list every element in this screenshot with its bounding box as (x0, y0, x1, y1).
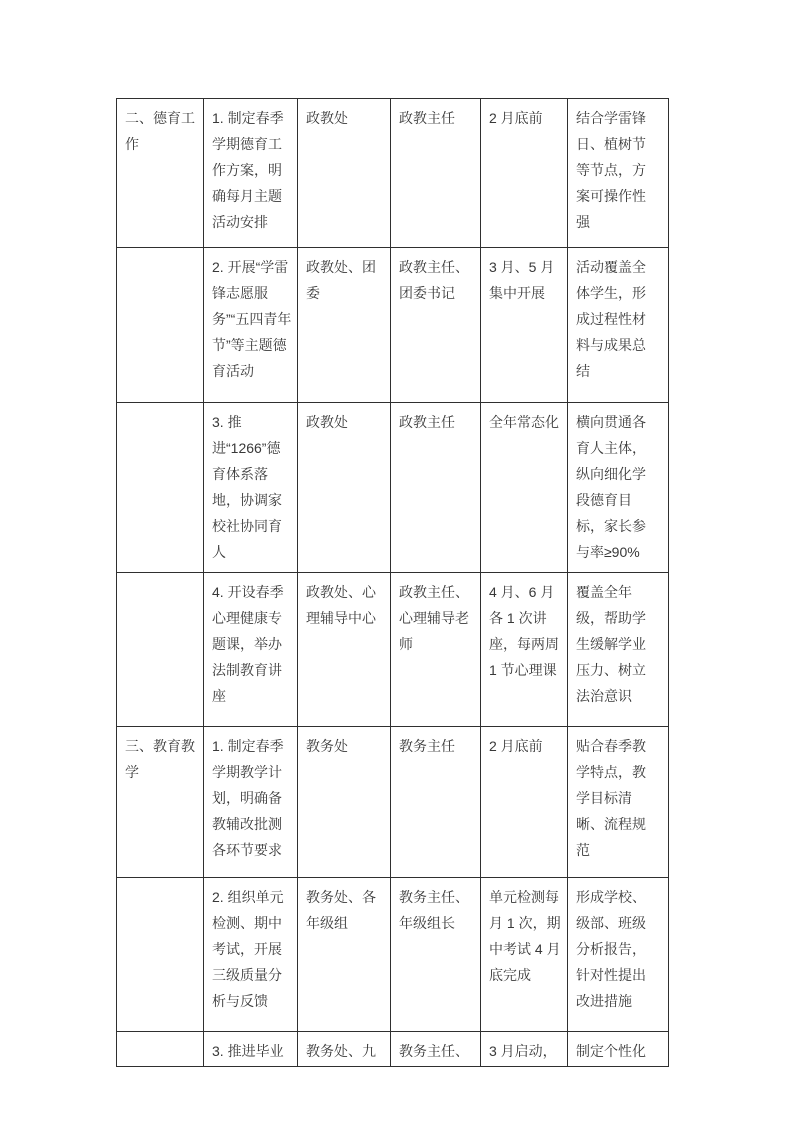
cell-owner: 政教主任 (391, 99, 481, 248)
cell-owner: 政教主任 (391, 403, 481, 573)
cell-task: 1. 制定春季学期教学计划，明确备教辅改批测各环节要求 (204, 727, 298, 878)
outcome-text: 形成学校、级部、班级分析报告，针对性提出改进措施 (576, 884, 656, 1014)
cell-owner: 教务主任、年级组长 (391, 878, 481, 1032)
cell-department: 政教处 (298, 403, 391, 573)
cell-department: 政教处 (298, 99, 391, 248)
outcome-text: 覆盖全年级，帮助学生缓解学业压力、树立法治意识 (576, 579, 656, 709)
task-text: 3. 推进“1266”德育体系落地，协调家校社协同育人 (212, 409, 292, 565)
cell-department: 政教处、心理辅导中心 (298, 573, 391, 727)
cell-schedule: 3 月启动， (481, 1032, 568, 1067)
cell-schedule: 2 月底前 (481, 99, 568, 248)
owner-text: 政教主任 (399, 409, 475, 435)
schedule-text: 2 月底前 (489, 105, 562, 131)
cell-outcome: 形成学校、级部、班级分析报告，针对性提出改进措施 (568, 878, 669, 1032)
cell-owner: 政教主任、团委书记 (391, 248, 481, 403)
department-text: 政教处 (306, 105, 385, 131)
document-page: 二、德育工作 1. 制定春季学期德育工作方案，明确每月主题活动安排 政教处 政教… (0, 0, 793, 1122)
cell-outcome: 贴合春季教学特点，教学目标清晰、流程规范 (568, 727, 669, 878)
cell-schedule: 4 月、6 月各 1 次讲座，每两周 1 节心理课 (481, 573, 568, 727)
cell-category: 二、德育工作 (117, 99, 204, 248)
category-text: 二、德育工作 (125, 105, 198, 157)
cell-task: 4. 开设春季心理健康专题课，举办法制教育讲座 (204, 573, 298, 727)
cell-category (117, 878, 204, 1032)
outcome-text: 制定个性化 (576, 1038, 656, 1064)
cell-owner: 教务主任 (391, 727, 481, 878)
owner-text: 教务主任、年级组长 (399, 884, 475, 936)
cell-category: 三、教育教学 (117, 727, 204, 878)
cell-task: 2. 开展“学雷锋志愿服务”“五四青年节”等主题德育活动 (204, 248, 298, 403)
cell-category (117, 1032, 204, 1067)
cell-outcome: 制定个性化 (568, 1032, 669, 1067)
cell-owner: 教务主任、 (391, 1032, 481, 1067)
table-row: 二、德育工作 1. 制定春季学期德育工作方案，明确每月主题活动安排 政教处 政教… (117, 99, 669, 248)
cell-outcome: 结合学雷锋日、植树节等节点，方案可操作性强 (568, 99, 669, 248)
task-text: 4. 开设春季心理健康专题课，举办法制教育讲座 (212, 579, 292, 709)
department-text: 教务处 (306, 733, 385, 759)
outcome-text: 结合学雷锋日、植树节等节点，方案可操作性强 (576, 105, 656, 235)
schedule-text: 3 月、5 月集中开展 (489, 254, 562, 306)
table-row: 2. 开展“学雷锋志愿服务”“五四青年节”等主题德育活动 政教处、团委 政教主任… (117, 248, 669, 403)
cell-owner: 政教主任、心理辅导老师 (391, 573, 481, 727)
cell-category (117, 573, 204, 727)
cell-schedule: 3 月、5 月集中开展 (481, 248, 568, 403)
cell-outcome: 覆盖全年级，帮助学生缓解学业压力、树立法治意识 (568, 573, 669, 727)
cell-task: 3. 推进“1266”德育体系落地，协调家校社协同育人 (204, 403, 298, 573)
cell-department: 教务处 (298, 727, 391, 878)
cell-department: 教务处、各年级组 (298, 878, 391, 1032)
category-text: 三、教育教学 (125, 733, 198, 785)
table-row: 2. 组织单元检测、期中考试，开展三级质量分析与反馈 教务处、各年级组 教务主任… (117, 878, 669, 1032)
task-text: 3. 推进毕业 (212, 1038, 292, 1064)
owner-text: 政教主任、团委书记 (399, 254, 475, 306)
task-text: 1. 制定春季学期德育工作方案，明确每月主题活动安排 (212, 105, 292, 235)
outcome-text: 活动覆盖全体学生，形成过程性材料与成果总结 (576, 254, 656, 384)
department-text: 政教处 (306, 409, 385, 435)
cell-outcome: 活动覆盖全体学生，形成过程性材料与成果总结 (568, 248, 669, 403)
owner-text: 政教主任、心理辅导老师 (399, 579, 475, 657)
schedule-text: 单元检测每月 1 次，期中考试 4 月底完成 (489, 884, 562, 988)
work-plan-table: 二、德育工作 1. 制定春季学期德育工作方案，明确每月主题活动安排 政教处 政教… (116, 98, 669, 1067)
owner-text: 政教主任 (399, 105, 475, 131)
cell-schedule: 2 月底前 (481, 727, 568, 878)
schedule-text: 全年常态化 (489, 409, 562, 435)
department-text: 政教处、团委 (306, 254, 385, 306)
owner-text: 教务主任、 (399, 1038, 475, 1064)
cell-task: 3. 推进毕业 (204, 1032, 298, 1067)
schedule-text: 4 月、6 月各 1 次讲座，每两周 1 节心理课 (489, 579, 562, 683)
task-text: 2. 组织单元检测、期中考试，开展三级质量分析与反馈 (212, 884, 292, 1014)
cell-department: 教务处、九 (298, 1032, 391, 1067)
cell-category (117, 403, 204, 573)
cell-schedule: 全年常态化 (481, 403, 568, 573)
cell-schedule: 单元检测每月 1 次，期中考试 4 月底完成 (481, 878, 568, 1032)
table-row: 3. 推进“1266”德育体系落地，协调家校社协同育人 政教处 政教主任 全年常… (117, 403, 669, 573)
outcome-text: 贴合春季教学特点，教学目标清晰、流程规范 (576, 733, 656, 863)
task-text: 1. 制定春季学期教学计划，明确备教辅改批测各环节要求 (212, 733, 292, 863)
category-text (125, 1038, 198, 1064)
department-text: 政教处、心理辅导中心 (306, 579, 385, 631)
table-row: 三、教育教学 1. 制定春季学期教学计划，明确备教辅改批测各环节要求 教务处 教… (117, 727, 669, 878)
cell-outcome: 横向贯通各育人主体，纵向细化学段德育目标，家长参与率≥90% (568, 403, 669, 573)
department-text: 教务处、九 (306, 1038, 385, 1064)
owner-text: 教务主任 (399, 733, 475, 759)
cell-department: 政教处、团委 (298, 248, 391, 403)
table-row-pagebreak: 3. 推进毕业 教务处、九 教务主任、 3 月启动， 制定个性化 (117, 1032, 669, 1067)
schedule-text: 3 月启动， (489, 1038, 562, 1064)
table-row: 4. 开设春季心理健康专题课，举办法制教育讲座 政教处、心理辅导中心 政教主任、… (117, 573, 669, 727)
cell-task: 2. 组织单元检测、期中考试，开展三级质量分析与反馈 (204, 878, 298, 1032)
department-text: 教务处、各年级组 (306, 884, 385, 936)
cell-category (117, 248, 204, 403)
schedule-text: 2 月底前 (489, 733, 562, 759)
cell-task: 1. 制定春季学期德育工作方案，明确每月主题活动安排 (204, 99, 298, 248)
task-text: 2. 开展“学雷锋志愿服务”“五四青年节”等主题德育活动 (212, 254, 292, 384)
outcome-text: 横向贯通各育人主体，纵向细化学段德育目标，家长参与率≥90% (576, 409, 656, 565)
